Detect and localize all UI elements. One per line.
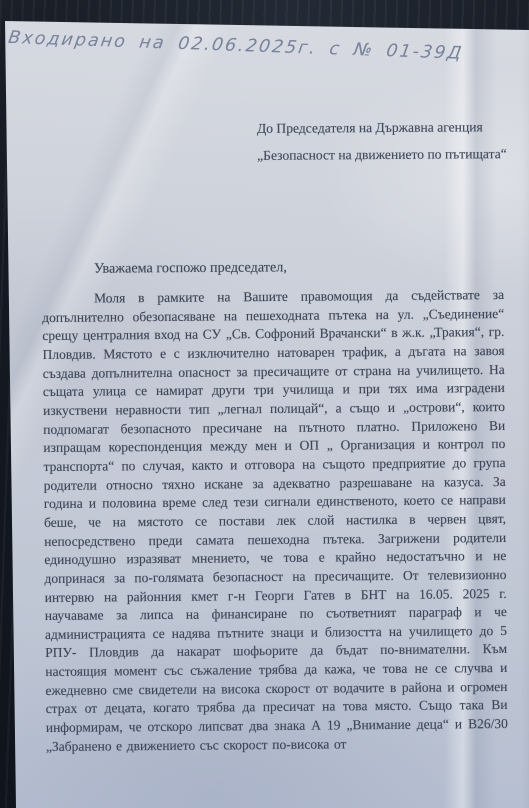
recipient-line-1: До Председателя на Държавна агенция: [257, 113, 507, 142]
recipient-block: До Председателя на Държавна агенция „Без…: [257, 113, 507, 169]
letter-body-paragraph: Моля в рамките на Вашите правомощия да с…: [42, 286, 508, 756]
handwritten-registration-note: Входирано на 02.06.2025г. с № 01-39Д: [7, 28, 470, 64]
recipient-line-2: „Безопасност на движението по пътищата“: [257, 140, 507, 169]
photo-of-letter-on-table: Входирано на 02.06.2025г. с № 01-39Д До …: [0, 0, 529, 808]
salutation: Уважаема госпожо председател,: [94, 259, 287, 277]
letter-page: Входирано на 02.06.2025г. с № 01-39Д До …: [0, 0, 529, 808]
